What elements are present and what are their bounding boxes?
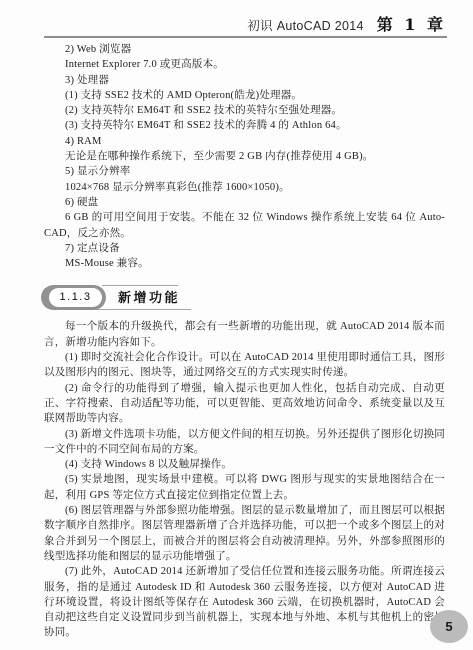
section-number: 1.1.3 — [49, 288, 102, 307]
paragraph: (4) 支持 Windows 8 以及触屏操作。 — [44, 457, 445, 472]
paragraph: (1) 即时交流社会化合作设计。可以在 AutoCAD 2014 里使用即时通信… — [44, 350, 445, 381]
section-number-capsule: 1.1.3 — [41, 285, 106, 310]
requirement-line: 3) 处理器 — [44, 73, 445, 88]
requirement-line: 6 GB 的可用空间用于安装。不能在 32 位 Windows 操作系统上安装 … — [44, 210, 445, 241]
requirement-line: 4) RAM — [44, 134, 445, 149]
section-heading: 1.1.3 新增功能 — [44, 285, 445, 310]
requirement-line: 无论是在哪种操作系统下，至少需要 2 GB 内存(推荐使用 4 GB)。 — [44, 149, 445, 164]
requirement-line: (2) 支持英特尔 EM64T 和 SSE2 技术的英特尔至强处理器。 — [44, 103, 445, 118]
requirement-line: 1024×768 显示分辨率真彩色(推荐 1600×1050)。 — [44, 180, 445, 195]
paragraph: (6) 图层管理器与外部参照功能增强。图层的显示数量增加了，而且图层可以根据数字… — [44, 503, 445, 564]
requirement-line: (1) 支持 SSE2 技术的 AMD Opteron(皓龙)处理器。 — [44, 88, 445, 103]
header-rule — [44, 36, 447, 38]
requirement-line: 7) 定点设备 — [44, 241, 445, 256]
page-number-badge: 5 — [430, 610, 468, 643]
header-chapter: 第 1 章 — [377, 12, 446, 35]
paragraph: (2) 命令行的功能得到了增强，输入提示也更加人性化，包括自动完成、自动更正、字… — [44, 381, 445, 427]
requirement-line: MS-Mouse 兼容。 — [44, 256, 445, 271]
paragraph: (7) 此外，AutoCAD 2014 还新增加了受信任位置和连接云服务功能。所… — [44, 564, 445, 640]
paragraph: 每一个版本的升级换代，都会有一些新增的功能出现，就 AutoCAD 2014 版… — [44, 319, 445, 350]
section-title: 新增功能 — [118, 285, 180, 310]
requirement-line: Internet Explorer 7.0 或更高版本。 — [44, 57, 445, 72]
requirement-line: 5) 显示分辨率 — [44, 164, 445, 179]
page-content: 2) Web 浏览器 Internet Explorer 7.0 或更高版本。 … — [44, 42, 445, 641]
requirement-line: (3) 支持英特尔 EM64T 和 SSE2 技术的奔腾 4 的 Athlon … — [44, 118, 445, 133]
paragraph: (5) 实景地图，现实场景中建模。可以将 DWG 图形与现实的实景地图结合在一起… — [44, 472, 445, 503]
paragraph: (3) 新增文件选项卡功能，以方便文件间的相互切换。另外还提供了图形化切换同一文… — [44, 427, 445, 458]
requirement-line: 6) 硬盘 — [44, 195, 445, 210]
requirement-line: 2) Web 浏览器 — [44, 42, 445, 57]
page-header: 初识 AutoCAD 2014 第 1 章 — [247, 12, 446, 35]
page-number: 5 — [445, 619, 452, 634]
book-page: 初识 AutoCAD 2014 第 1 章 2) Web 浏览器 Interne… — [0, 0, 473, 650]
header-title: 初识 AutoCAD 2014 — [247, 16, 363, 34]
